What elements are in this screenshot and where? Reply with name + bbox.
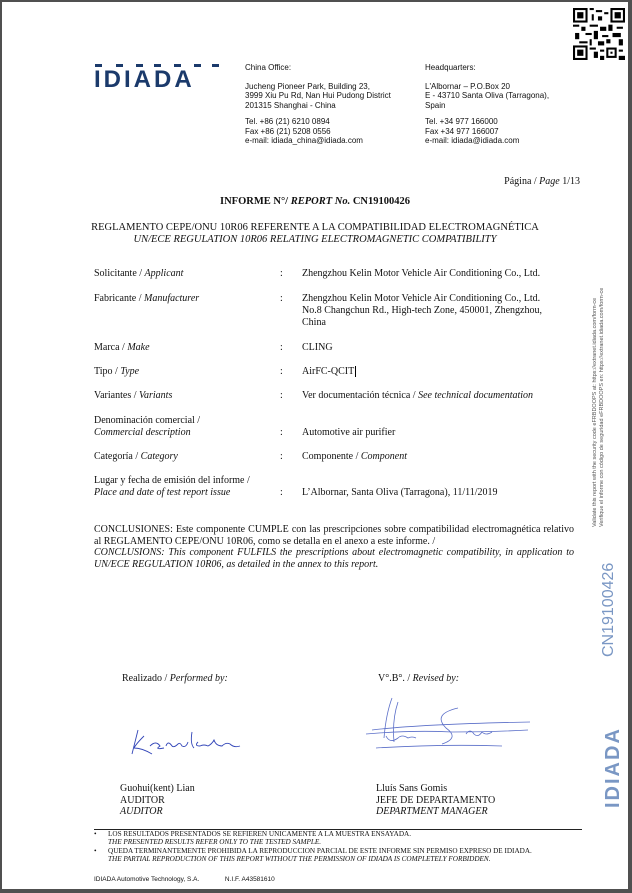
- field-label-applicant: Solicitante / Applicant: [94, 268, 183, 280]
- field-value-type: AirFC-QCIT: [302, 366, 572, 378]
- colon: :: [280, 451, 283, 462]
- field-value-commercial-description: Automotive air purifier: [302, 427, 572, 439]
- colon: :: [280, 342, 283, 353]
- revised-by-role-en: DEPARTMENT MANAGER: [376, 806, 495, 818]
- performed-by-label: Realizado / Performed by:: [122, 673, 228, 684]
- performed-by-role-en: AUDITOR: [120, 806, 195, 818]
- hq-fax: Fax +34 977 166007: [425, 127, 549, 137]
- china-email: e-mail: idiada_china@idiada.com: [245, 136, 391, 146]
- qr-code-icon: [573, 8, 625, 60]
- performed-by-name: Guohui(kent) Lian: [120, 783, 195, 795]
- page-number: Página / Page 1/13: [504, 176, 580, 187]
- regulation-title-es: REGLAMENTO CEPE/ONU 10R06 REFERENTE A LA…: [2, 222, 628, 233]
- regulation-title-en: UN/ECE REGULATION 10R06 RELATING ELECTRO…: [2, 234, 628, 245]
- hq-email: e-mail: idiada@idiada.com: [425, 136, 549, 146]
- signature-performed-icon: [130, 724, 250, 760]
- colon: :: [280, 268, 283, 279]
- china-address-line: 3999 Xiu Pu Rd, Nan Hui Pudong District: [245, 91, 391, 101]
- china-tel: Tel. +86 (21) 6210 0894: [245, 117, 391, 127]
- colon: :: [280, 366, 283, 377]
- conclusions-en: CONCLUSIONS: This component FULFILS the …: [94, 547, 574, 570]
- field-label-make: Marca / Make: [94, 342, 150, 354]
- hq-tel: Tel. +34 977 166000: [425, 117, 549, 127]
- report-number-title: INFORME N°/ REPORT No. CN19100426: [2, 196, 628, 207]
- field-value-place-date: L’Albornar, Santa Oliva (Tarragona), 11/…: [302, 487, 572, 499]
- field-value-manufacturer: Zhengzhou Kelin Motor Vehicle Air Condit…: [302, 293, 572, 329]
- conclusions: CONCLUSIONES: Este componente CUMPLE con…: [94, 524, 574, 570]
- performed-by-role-es: AUDITOR: [120, 795, 195, 807]
- field-value-applicant: Zhengzhou Kelin Motor Vehicle Air Condit…: [302, 268, 572, 280]
- colon: :: [280, 487, 283, 498]
- revised-by-block: Lluís Sans Gomis JEFE DE DEPARTAMENTO DE…: [376, 783, 495, 818]
- document-page: IDIADA China Office: Jucheng Pioneer Par…: [2, 2, 628, 889]
- hq-address-line: Spain: [425, 101, 549, 111]
- field-label-manufacturer: Fabricante / Manufacturer: [94, 293, 199, 305]
- field-label-type: Tipo / Type: [94, 366, 139, 378]
- colon: :: [280, 427, 283, 438]
- footer-company: IDIADA Automotive Technology, S.A.: [94, 876, 199, 883]
- field-label-place-date: Lugar y fecha de emisión del informe /Pl…: [94, 475, 250, 499]
- field-value-category: Componente / Component: [302, 451, 572, 463]
- side-validation-text: Validate this report with the security c…: [592, 227, 622, 527]
- logo-text: IDIADA: [94, 68, 195, 92]
- headquarters-block: Headquarters: L'Albornar – P.O.Box 20 E …: [425, 63, 549, 146]
- china-office-heading: China Office:: [245, 63, 391, 73]
- china-address-line: 201315 Shanghai - China: [245, 101, 391, 111]
- china-fax: Fax +86 (21) 5208 0556: [245, 127, 391, 137]
- revised-by-label: V°.B°. / Revised by:: [378, 673, 459, 684]
- china-address-line: Jucheng Pioneer Park, Building 23,: [245, 82, 391, 92]
- disclaimers: •LOS RESULTADOS PRESENTADOS SE REFIEREN …: [94, 830, 582, 864]
- revised-by-role-es: JEFE DE DEPARTAMENTO: [376, 795, 495, 807]
- footer: IDIADA Automotive Technology, S.A. N.I.F…: [94, 876, 275, 883]
- hq-address-line: E - 43710 Santa Oliva (Tarragona),: [425, 91, 549, 101]
- china-office-block: China Office: Jucheng Pioneer Park, Buil…: [245, 63, 391, 146]
- field-value-make: CLING: [302, 342, 572, 354]
- footer-nif: N.I.F. A43581610: [225, 876, 275, 883]
- side-report-number: CN19100426: [600, 563, 618, 657]
- idiada-logo: IDIADA: [94, 64, 224, 92]
- performed-by-block: Guohui(kent) Lian AUDITOR AUDITOR: [120, 783, 195, 818]
- field-label-commercial-description: Denominación comercial /Commercial descr…: [94, 415, 200, 439]
- side-idiada-logo: IDIADA: [602, 727, 625, 808]
- field-label-variants: Variantes / Variants: [94, 390, 172, 402]
- field-label-category: Categoría / Category: [94, 451, 178, 463]
- revised-by-name: Lluís Sans Gomis: [376, 783, 495, 795]
- hq-address-line: L'Albornar – P.O.Box 20: [425, 82, 549, 92]
- conclusions-es: CONCLUSIONES: Este componente CUMPLE con…: [94, 524, 574, 547]
- colon: :: [280, 390, 283, 401]
- hq-heading: Headquarters:: [425, 63, 549, 73]
- colon: :: [280, 293, 283, 304]
- field-value-variants: Ver documentación técnica / See technica…: [302, 390, 572, 402]
- report-number: CN19100426: [353, 196, 410, 207]
- signature-revised-icon: [362, 694, 532, 754]
